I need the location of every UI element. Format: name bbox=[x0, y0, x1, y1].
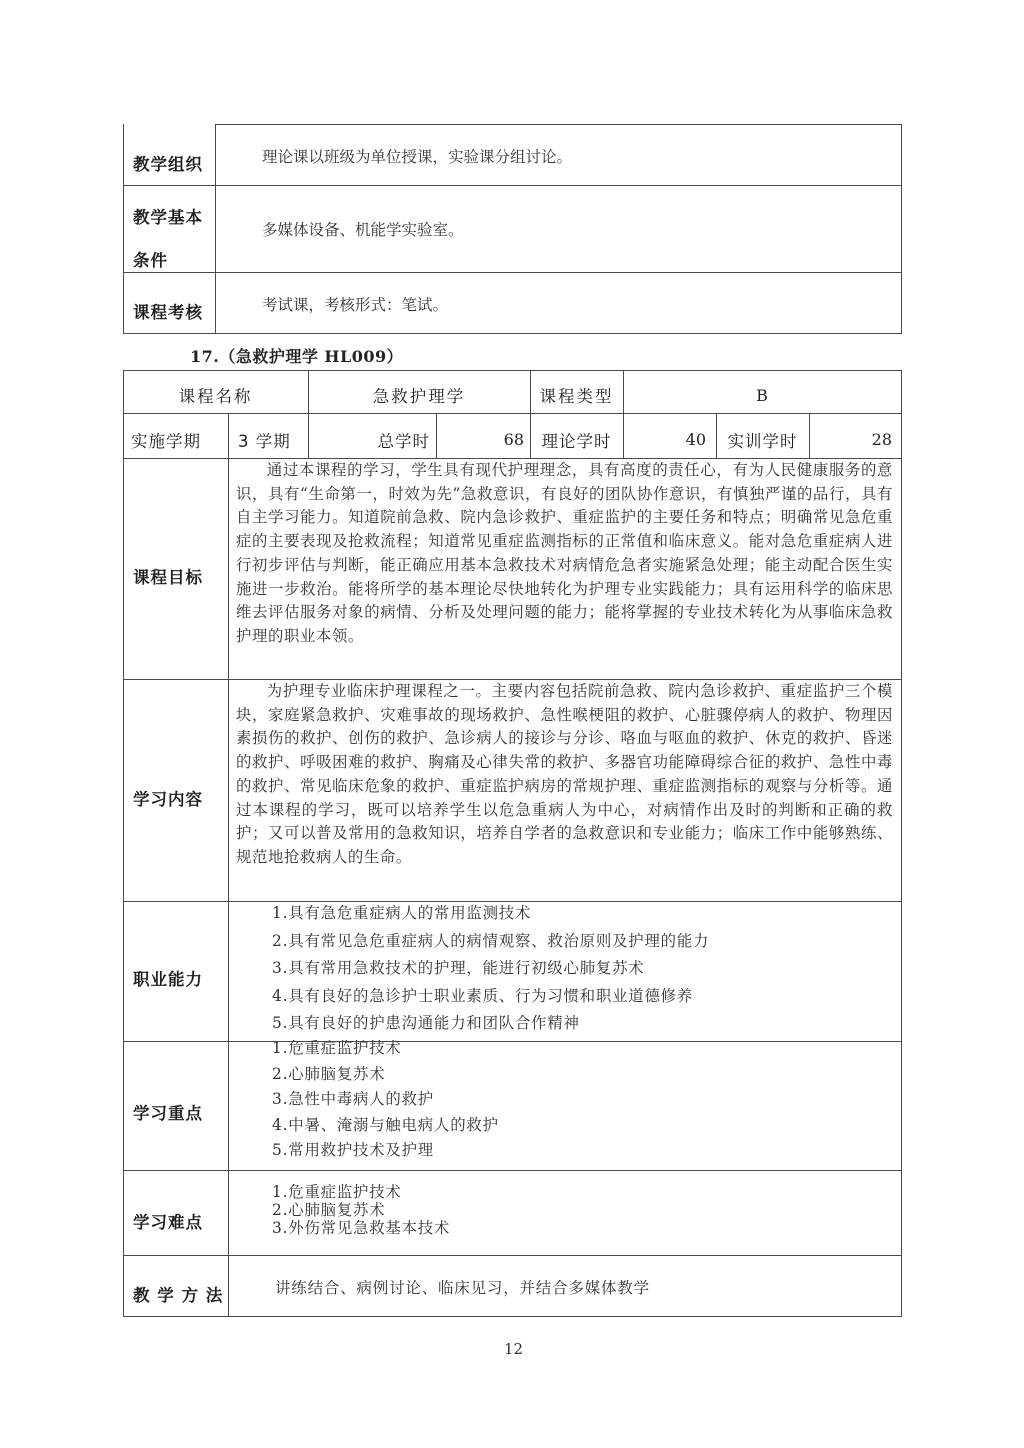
table-border bbox=[123, 185, 902, 186]
table-border bbox=[123, 1316, 902, 1317]
total-hours-label: 总学时 bbox=[308, 428, 430, 452]
teaching-conditions-value: 多媒体设备、机能学实验室。 bbox=[262, 218, 464, 240]
list-item: 2.具有常见急危重症病人的病情观察、救治原则及护理的能力 bbox=[272, 928, 709, 956]
abilities-label: 职业能力 bbox=[133, 966, 203, 990]
content-label: 学习内容 bbox=[133, 786, 203, 810]
table-border bbox=[228, 458, 229, 1317]
row-label-teaching-organization: 教学组织 bbox=[133, 151, 203, 175]
course-name-label: 课程名称 bbox=[123, 383, 308, 407]
table-border bbox=[123, 1255, 902, 1256]
list-item: 4.中暑、淹溺与触电病人的救护 bbox=[272, 1113, 499, 1139]
table-border bbox=[215, 124, 902, 125]
semester-label: 实施学期 bbox=[131, 428, 201, 452]
list-item: 2.心肺脑复苏术 bbox=[272, 1201, 450, 1219]
difficulties-label: 学习难点 bbox=[133, 1209, 203, 1233]
page-number: 12 bbox=[504, 1340, 523, 1358]
row-label-teaching-conditions-line1: 教学基本 bbox=[133, 204, 203, 228]
semester-value: 3 学期 bbox=[238, 428, 291, 452]
list-item: 5.具有良好的护患沟通能力和团队合作精神 bbox=[272, 1010, 709, 1038]
methods-label: 教 学 方 法 bbox=[133, 1282, 223, 1306]
key-points-list: 1.危重症监护技术 2.心肺脑复苏术 3.急性中毒病人的救护 4.中暑、淹溺与触… bbox=[272, 1036, 499, 1164]
table-border bbox=[123, 370, 902, 371]
section-heading: 17.（急救护理学 HL009） bbox=[190, 344, 403, 367]
list-item: 5.常用救护技术及护理 bbox=[272, 1138, 499, 1164]
content-text: 为护理专业临床护理课程之一。主要内容包括院前急救、院内急诊救护、重症监护三个模块… bbox=[236, 680, 893, 870]
list-item: 1.危重症监护技术 bbox=[272, 1036, 499, 1062]
course-name-value: 急救护理学 bbox=[308, 383, 530, 407]
abilities-list: 1.具有急危重症病人的常用监测技术 2.具有常见急危重症病人的病情观察、救治原则… bbox=[272, 900, 709, 1038]
total-hours-value: 68 bbox=[436, 430, 524, 449]
table-border bbox=[123, 413, 902, 414]
table-border bbox=[215, 124, 216, 334]
table-border bbox=[901, 124, 902, 334]
methods-text: 讲练结合、病例讨论、临床见习，并结合多媒体教学 bbox=[275, 1276, 650, 1298]
table-border bbox=[901, 370, 902, 1317]
key-points-label: 学习重点 bbox=[133, 1100, 203, 1124]
theory-hours-value: 40 bbox=[623, 430, 706, 449]
list-item: 1.具有急危重症病人的常用监测技术 bbox=[272, 900, 709, 928]
course-assessment-value: 考试课，考核形式：笔试。 bbox=[262, 293, 448, 315]
table-border bbox=[228, 413, 229, 458]
table-border bbox=[123, 333, 902, 334]
table-border bbox=[123, 124, 124, 334]
list-item: 2.心肺脑复苏术 bbox=[272, 1062, 499, 1088]
row-label-teaching-conditions-line2: 条件 bbox=[133, 247, 168, 271]
table-border bbox=[123, 272, 902, 273]
table-border bbox=[123, 1170, 902, 1171]
table-border bbox=[123, 1041, 902, 1042]
list-item: 1.危重症监护技术 bbox=[272, 1183, 450, 1201]
theory-hours-label: 理论学时 bbox=[530, 428, 623, 452]
course-type-label: 课程类型 bbox=[530, 383, 623, 407]
course-type-value: B bbox=[623, 386, 901, 405]
list-item: 3.急性中毒病人的救护 bbox=[272, 1087, 499, 1113]
difficulties-list: 1.危重症监护技术 2.心肺脑复苏术 3.外伤常见急救基本技术 bbox=[272, 1183, 450, 1237]
row-label-course-assessment: 课程考核 bbox=[133, 299, 203, 323]
practice-hours-label: 实训学时 bbox=[716, 428, 809, 452]
list-item: 3.外伤常见急救基本技术 bbox=[272, 1219, 450, 1237]
teaching-organization-value: 理论课以班级为单位授课，实验课分组讨论。 bbox=[262, 145, 572, 167]
objectives-text: 通过本课程的学习，学生具有现代护理理念，具有高度的责任心，有为人民健康服务的意识… bbox=[236, 459, 893, 649]
table-border bbox=[123, 370, 124, 1317]
list-item: 4.具有良好的急诊护士职业素质、行为习惯和职业道德修养 bbox=[272, 983, 709, 1011]
practice-hours-value: 28 bbox=[809, 430, 892, 449]
objectives-label: 课程目标 bbox=[133, 564, 203, 588]
list-item: 3.具有常用急救技术的护理，能进行初级心肺复苏术 bbox=[272, 955, 709, 983]
